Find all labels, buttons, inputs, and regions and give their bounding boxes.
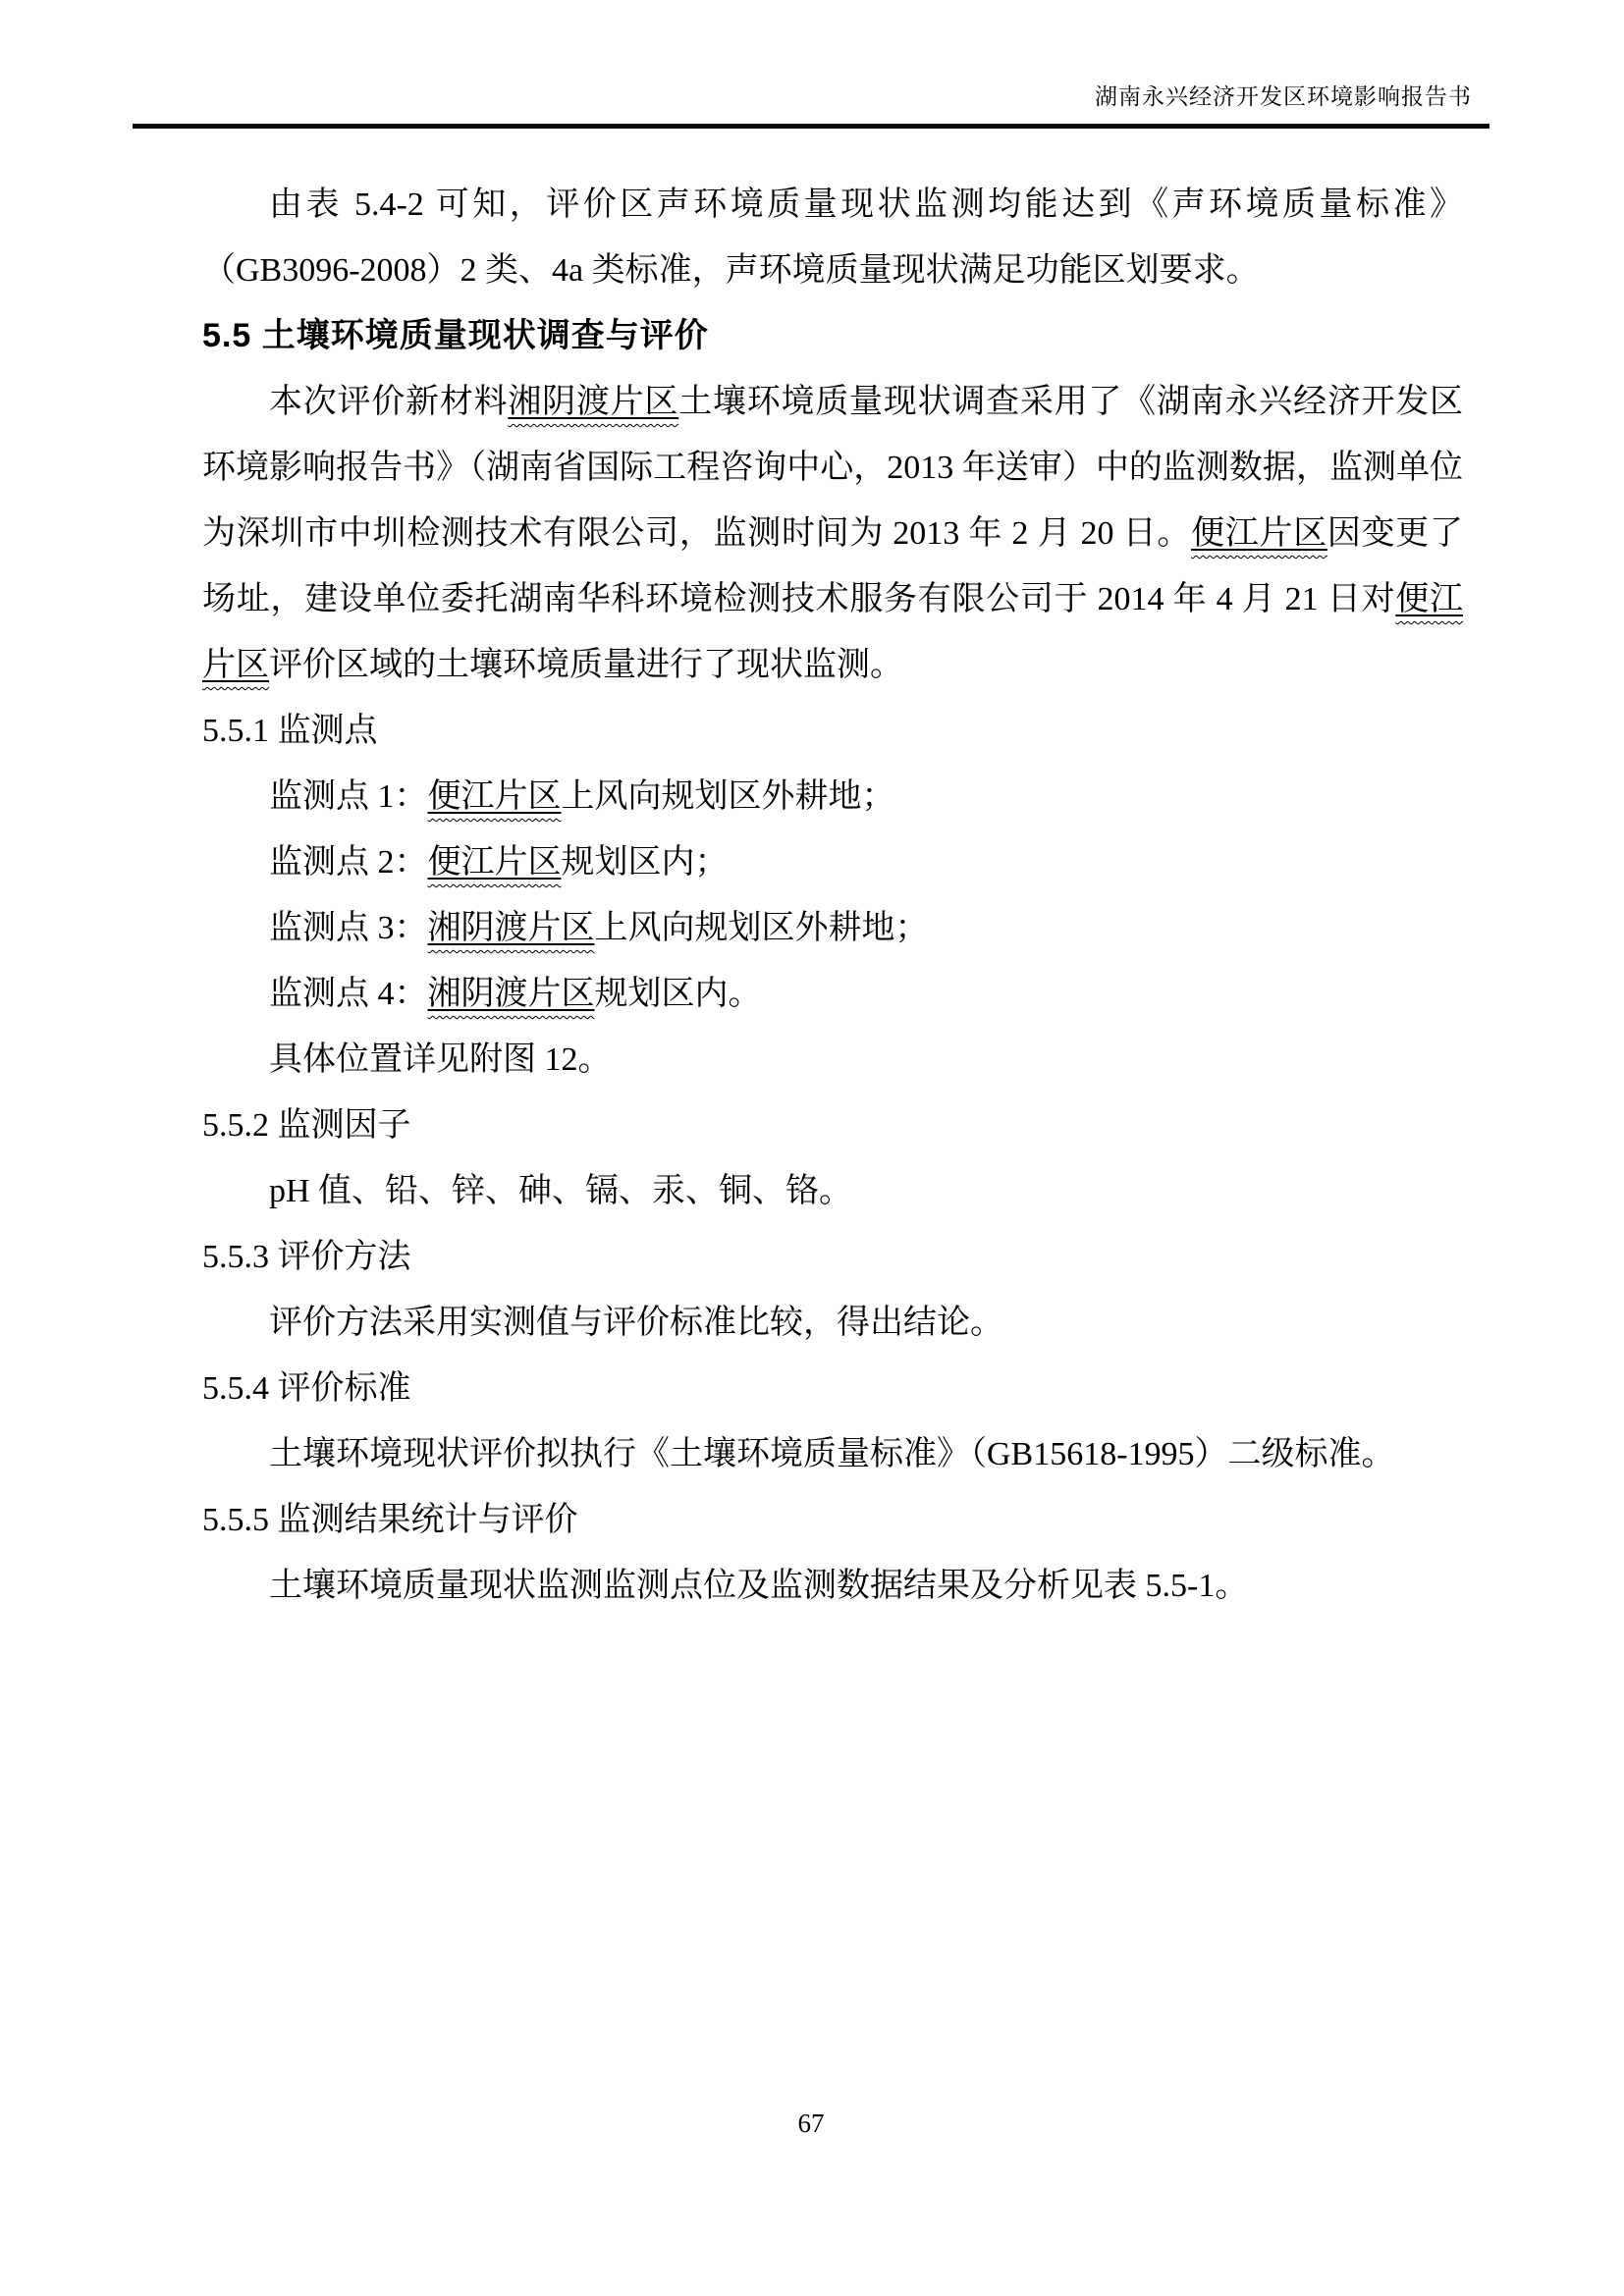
header-title: 湖南永兴经济开发区环境影响报告书 <box>133 82 1472 112</box>
underlined-site-bianjiang: 便江片区 <box>428 844 562 881</box>
heading-5-5-1: 5.5.1 监测点 <box>202 698 1463 764</box>
point-description: 上风向规划区外耕地； <box>562 778 895 815</box>
heading-5-5-3: 5.5.3 评价方法 <box>202 1224 1463 1290</box>
document-page: 湖南永兴经济开发区环境影响报告书 由表 5.4-2 可知，评价区声环境质量现状监… <box>133 0 1489 2296</box>
site-name: 湘阴渡片区 <box>508 384 678 420</box>
site-name: 便江片区 <box>428 844 562 881</box>
monitor-point-2: 监测点 2：便江片区规划区内； <box>202 829 1463 895</box>
underlined-site-xiangyindu: 湘阴渡片区 <box>428 910 595 946</box>
underlined-site-bianjiang: 便江片区 <box>428 778 562 815</box>
page-footer: 67 <box>133 2109 1489 2139</box>
monitor-point-3: 监测点 3：湘阴渡片区上风向规划区外耕地； <box>202 895 1463 961</box>
document-content: 由表 5.4-2 可知，评价区声环境质量现状监测均能达到《声环境质量标准》（GB… <box>202 172 1463 1619</box>
underlined-site-xiangyindu: 湘阴渡片区 <box>428 976 595 1012</box>
heading-5-5-5: 5.5.5 监测结果统计与评价 <box>202 1487 1463 1553</box>
point-label: 监测点 1： <box>269 778 428 815</box>
evaluation-method: 评价方法采用实测值与评价标准比较，得出结论。 <box>202 1290 1463 1356</box>
paragraph-noise-conclusion: 由表 5.4-2 可知，评价区声环境质量现状监测均能达到《声环境质量标准》（GB… <box>202 172 1463 303</box>
heading-5-5-4: 5.5.4 评价标准 <box>202 1356 1463 1421</box>
monitor-point-4: 监测点 4：湘阴渡片区规划区内。 <box>202 961 1463 1027</box>
monitor-factors: pH 值、铅、锌、砷、镉、汞、铜、铬。 <box>202 1158 1463 1224</box>
site-name: 湘阴渡片区 <box>428 910 595 946</box>
point-label: 监测点 4： <box>269 976 428 1012</box>
paragraph-soil-survey: 本次评价新材料湘阴渡片区土壤环境质量现状调查采用了《湖南永兴经济开发区环境影响报… <box>202 369 1463 698</box>
point-label: 监测点 3： <box>269 910 428 946</box>
header-rule <box>133 124 1489 129</box>
text-segment: 评价区域的土壤环境质量进行了现状监测。 <box>269 647 903 683</box>
text-segment: 本次评价新材料 <box>269 384 508 420</box>
monitor-point-1: 监测点 1：便江片区上风向规划区外耕地； <box>202 764 1463 829</box>
heading-5-5-2: 5.5.2 监测因子 <box>202 1093 1463 1158</box>
evaluation-standard: 土壤环境现状评价拟执行《土壤环境质量标准》（GB15618-1995）二级标准。 <box>202 1421 1463 1487</box>
page-number: 67 <box>798 2109 825 2138</box>
point-label: 监测点 2： <box>269 844 428 881</box>
heading-5-5: 5.5 土壤环境质量现状调查与评价 <box>202 303 1463 369</box>
point-description: 上风向规划区外耕地； <box>595 910 929 946</box>
site-name: 湘阴渡片区 <box>428 976 595 1012</box>
underlined-site-xiangyindu: 湘阴渡片区 <box>508 384 678 420</box>
points-location-note: 具体位置详见附图 12。 <box>202 1027 1463 1093</box>
page-header: 湖南永兴经济开发区环境影响报告书 <box>133 82 1489 129</box>
site-name: 便江片区 <box>1191 515 1327 552</box>
point-description: 规划区内。 <box>595 976 762 1012</box>
result-reference: 土壤环境质量现状监测监测点位及监测数据结果及分析见表 5.5-1。 <box>202 1553 1463 1619</box>
site-name: 便江片区 <box>428 778 562 815</box>
point-description: 规划区内； <box>562 844 729 881</box>
underlined-site-bianjiang: 便江片区 <box>1191 515 1327 552</box>
